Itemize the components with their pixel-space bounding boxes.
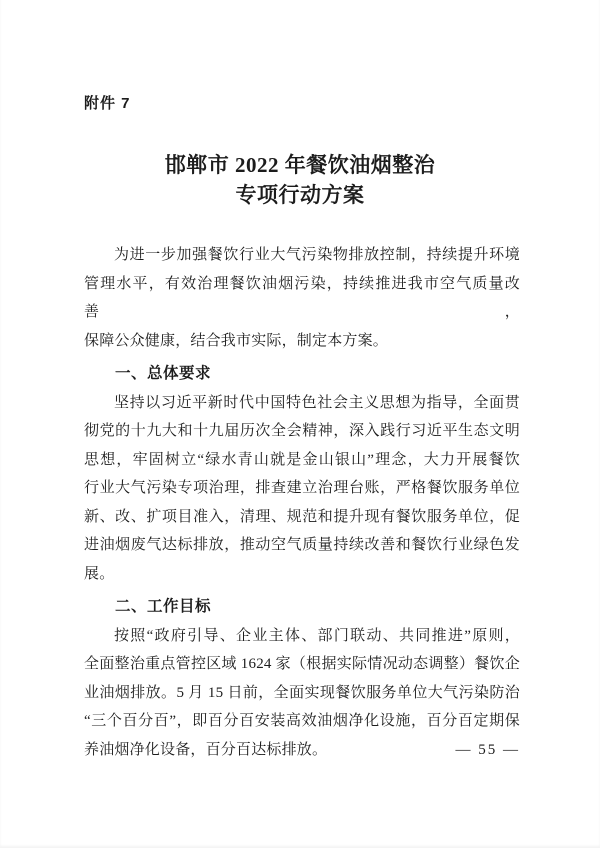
- document-title: 邯郸市 2022 年餐饮油烟整治 专项行动方案: [0, 150, 600, 210]
- body-line: 业油烟排放。5 月 15 日前，全面实现餐饮服务单位大气污染防治: [84, 679, 520, 708]
- body-line: 按照“政府引导、企业主体、部门联动、共同推进”原则，: [84, 622, 520, 651]
- body-line: 为进一步加强餐饮行业大气污染物排放控制，持续提升环境: [84, 241, 520, 270]
- paragraph: 为进一步加强餐饮行业大气污染物排放控制，持续提升环境管理水平，有效治理餐饮油烟污…: [84, 241, 520, 355]
- paragraph: 坚持以习近平新时代中国特色社会主义思想为指导，全面贯彻党的十九大和十九届历次全会…: [84, 389, 520, 589]
- body-line: 展。: [84, 560, 520, 589]
- body-line: 思想，牢固树立“绿水青山就是金山银山”理念，大力开展餐饮: [84, 446, 520, 475]
- section-heading: 一、总体要求: [84, 360, 520, 389]
- body-line: 全面整治重点管控区域 1624 家（根据实际情况动态调整）餐饮企: [84, 650, 520, 679]
- document-page: 附件 7 邯郸市 2022 年餐饮油烟整治 专项行动方案 为进一步加强餐饮行业大…: [0, 0, 600, 848]
- document-body: 为进一步加强餐饮行业大气污染物排放控制，持续提升环境管理水平，有效治理餐饮油烟污…: [84, 241, 520, 764]
- section-heading: 二、工作目标: [84, 593, 520, 622]
- document-title-line-2: 专项行动方案: [0, 180, 600, 210]
- body-line: 行业大气污染专项治理，排查建立治理台账，严格餐饮服务单位: [84, 474, 520, 503]
- page-number: — 55 —: [84, 742, 520, 759]
- body-line: 坚持以习近平新时代中国特色社会主义思想为指导，全面贯: [84, 389, 520, 418]
- body-line: 保障公众健康，结合我市实际，制定本方案。: [84, 327, 520, 356]
- attachment-label: 附件 7: [84, 92, 131, 113]
- body-line: 新、改、扩项目准入，清理、规范和提升现有餐饮服务单位，促: [84, 503, 520, 532]
- document-title-line-1: 邯郸市 2022 年餐饮油烟整治: [0, 150, 600, 180]
- body-line: “三个百分百”，即百分百安装高效油烟净化设施，百分百定期保: [84, 707, 520, 736]
- body-line: 彻党的十九大和十九届历次全会精神，深入践行习近平生态文明: [84, 417, 520, 446]
- body-line: 管理水平，有效治理餐饮油烟污染，持续推进我市空气质量改善，: [84, 270, 520, 327]
- body-line: 进油烟废气达标排放，推动空气质量持续改善和餐饮行业绿色发: [84, 531, 520, 560]
